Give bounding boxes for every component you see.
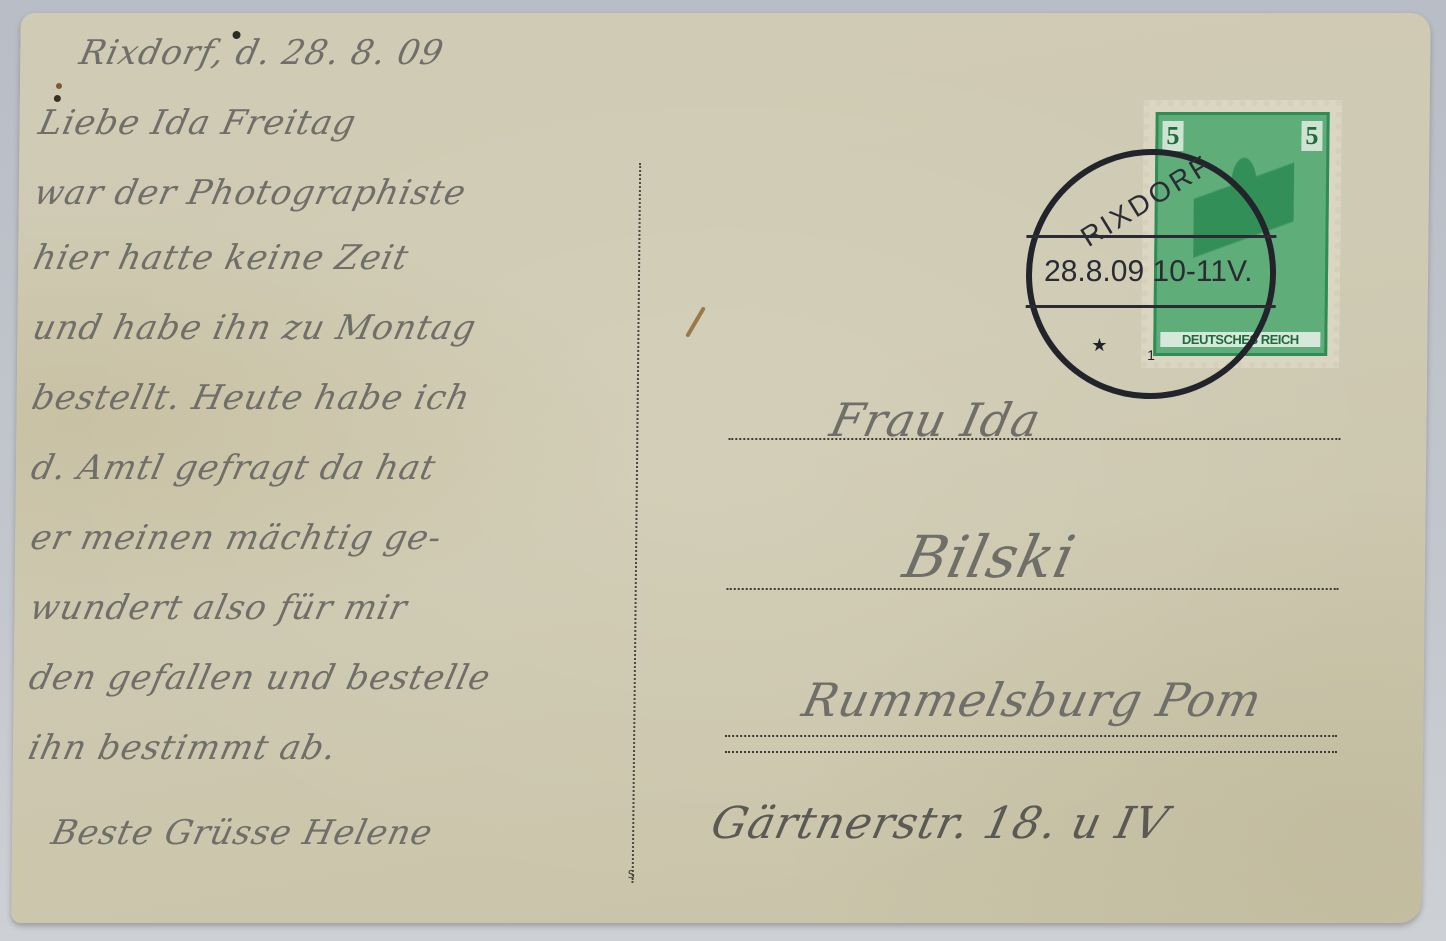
printer-mark: S: [628, 868, 635, 881]
postmark-bar-bottom: [1026, 305, 1276, 308]
address-city: Rummelsburg Pom: [798, 673, 1268, 727]
message-line: und habe ihn zu Montag: [29, 308, 480, 348]
postmark-number: 1: [1147, 347, 1155, 363]
message-line: war der Photographiste: [30, 173, 470, 213]
message-line: er meinen mächtig ge-: [27, 518, 446, 558]
address-rule-3: [725, 735, 1337, 737]
message-line: den gefallen und bestelle: [25, 658, 494, 698]
card-divider: [632, 163, 642, 883]
message-signature: Beste Grüsse Helene: [48, 813, 437, 853]
message-line: ihn bestimmt ab.: [25, 728, 341, 768]
message-line: hier hatte keine Zeit: [30, 238, 413, 278]
stamp-value-left: 5: [1162, 121, 1183, 151]
message-line-date: Rixdorf, d. 28. 8. 09: [76, 33, 448, 73]
stain-mark: [685, 306, 706, 337]
message-line: bestellt. Heute habe ich: [28, 378, 474, 418]
address-street: Gärtnerstr. 18. u IV: [707, 798, 1174, 849]
message-line: Liebe Ida Freitag: [35, 103, 360, 143]
postmark-date: 28.8.09 10-11V.: [1044, 255, 1253, 289]
address-rule-4: [725, 751, 1337, 753]
message-line: wundert also für mir: [26, 588, 411, 628]
ink-dot: [232, 31, 240, 39]
address-recipient: Frau Ida: [825, 393, 1046, 447]
message-line: d. Amtl gefragt da hat: [28, 448, 440, 488]
address-surname: Bilski: [897, 523, 1081, 591]
star-icon: ★: [1091, 335, 1107, 356]
postcard: Rixdorf, d. 28. 8. 09 Liebe Ida Freitag …: [11, 13, 1431, 923]
stain-dot: [54, 95, 61, 102]
stain-dot: [56, 83, 62, 89]
postmark-bar-top: [1026, 235, 1276, 238]
stamp-value-right: 5: [1301, 121, 1322, 151]
